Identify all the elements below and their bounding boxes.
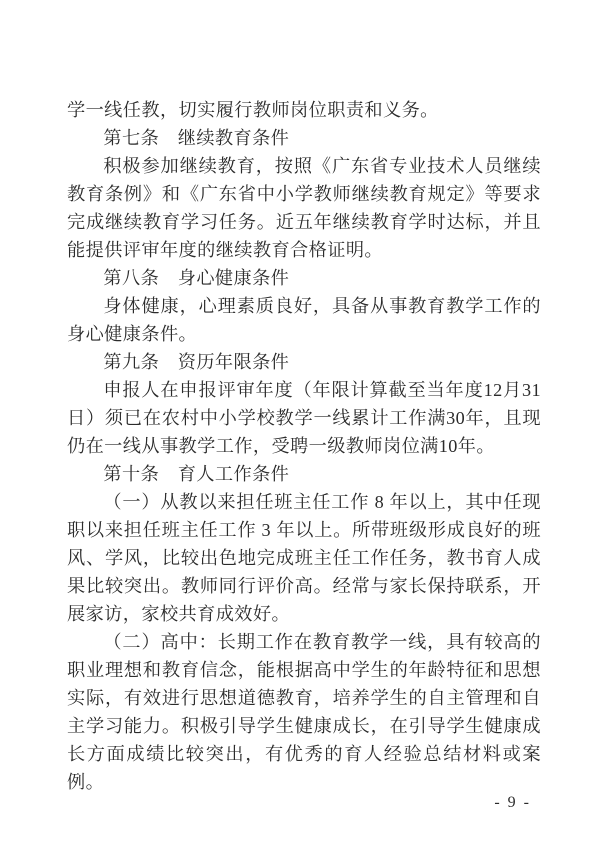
paragraph-health: 身体健康，心理素质良好，具备从事教育教学工作的身心健康条件。 bbox=[67, 292, 541, 348]
paragraph-continuing-education: 积极参加继续教育，按照《广东省专业技术人员继续教育条例》和《广东省中小学教师继续… bbox=[67, 152, 541, 264]
document-text-block: 学一线任教，切实履行教师岗位职责和义务。 第七条 继续教育条件 积极参加继续教育… bbox=[67, 96, 541, 796]
article-heading-7: 第七条 继续教育条件 bbox=[67, 124, 541, 152]
paragraph-seniority: 申报人在申报评审年度（年限计算截至当年度12月31日）须已在农村中小学校教学一线… bbox=[67, 376, 541, 460]
page-number: - 9 - bbox=[494, 793, 531, 813]
article-heading-9: 第九条 资历年限条件 bbox=[67, 348, 541, 376]
article-heading-10: 第十条 育人工作条件 bbox=[67, 460, 541, 488]
document-page: 学一线任教，切实履行教师岗位职责和义务。 第七条 继续教育条件 积极参加继续教育… bbox=[0, 0, 607, 857]
paragraph-high-school: （二）高中：长期工作在教育教学一线，具有较高的职业理想和教育信念，能根据高中学生… bbox=[67, 628, 541, 796]
paragraph-homeroom-work: （一）从教以来担任班主任工作 8 年以上，其中任现职以来担任班主任工作 3 年以… bbox=[67, 488, 541, 628]
article-heading-8: 第八条 身心健康条件 bbox=[67, 264, 541, 292]
paragraph-continuation: 学一线任教，切实履行教师岗位职责和义务。 bbox=[67, 96, 541, 124]
